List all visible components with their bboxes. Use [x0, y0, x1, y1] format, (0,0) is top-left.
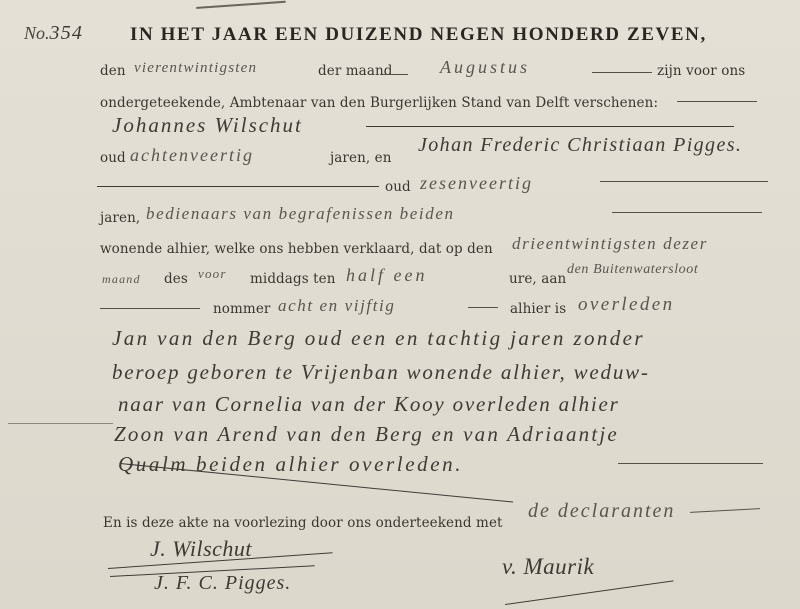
ink-stroke-top [196, 1, 286, 9]
handwritten-body-line-2: beroep geboren te Vrijenban wonende alhi… [112, 360, 650, 385]
text-wonende-alhier: wonende alhier, welke ons hebben verklaa… [100, 241, 493, 257]
handwritten-day: vierentwintigsten [134, 60, 257, 77]
text-des: des [164, 271, 188, 287]
text-middags-ten: middags ten [250, 271, 336, 287]
handwritten-de-declaranten: de declaranten [528, 500, 675, 523]
signature-underline [505, 580, 674, 605]
number-label: No. [24, 23, 50, 43]
record-number: No.354 [24, 22, 83, 45]
text-alhier-is: alhier is [510, 301, 566, 317]
handwritten-overleden: overleden [578, 294, 675, 316]
text-jaren-en: jaren, en [330, 150, 392, 166]
handwritten-hour: half een [346, 265, 427, 286]
handwritten-occupation: bedienaars van begrafenissen beiden [146, 204, 455, 224]
text-oud: oud [100, 150, 126, 166]
text-ondergeteekende: ondergeteekende, Ambtenaar van den Burge… [100, 95, 658, 111]
fill-line [97, 186, 379, 187]
fill-line [690, 508, 760, 513]
handwritten-maand: maand [102, 272, 141, 287]
handwritten-house-number: acht en vijftig [278, 296, 395, 316]
fill-line [612, 212, 762, 213]
text-zijn-voor-ons: zijn voor ons [657, 63, 745, 79]
fill-line [366, 126, 734, 127]
fill-line [600, 181, 768, 182]
number-value: 354 [50, 22, 84, 44]
handwritten-body-line-1: Jan van den Berg oud een en tachtig jare… [112, 326, 645, 351]
handwritten-month: Augustus [440, 57, 530, 78]
text-ure-aan: ure, aan [509, 271, 566, 287]
handwritten-body-line-3: naar van Cornelia van der Kooy overleden… [118, 392, 620, 417]
document-page: No.354 IN HET JAAR EEN DUIZEND NEGEN HON… [0, 0, 800, 609]
handwritten-declarant1: Johannes Wilschut [112, 113, 303, 138]
signature-declarant2: J. F. C. Pigges. [154, 572, 291, 595]
faint-line [8, 423, 113, 424]
handwritten-body-line-4: Zoon van Arend van den Berg en van Adria… [114, 422, 619, 447]
text-den: den [100, 63, 126, 79]
fill-line [382, 74, 408, 75]
text-jaren: jaren, [100, 210, 140, 226]
fill-line [677, 101, 757, 102]
text-oud-2: oud [385, 179, 411, 195]
page-heading: IN HET JAAR EEN DUIZEND NEGEN HONDERD ZE… [130, 24, 707, 46]
handwritten-street: den Buitenwatersloot [567, 262, 698, 278]
handwritten-age2: zesenveertig [420, 173, 533, 194]
fill-line [100, 308, 200, 309]
text-closing: En is deze akte na voorlezing door ons o… [103, 515, 503, 531]
fill-line [618, 463, 763, 464]
fill-line [468, 307, 498, 308]
handwritten-age1: achtenveertig [130, 145, 254, 166]
handwritten-declarant2: Johan Frederic Christiaan Pigges. [418, 134, 742, 157]
fill-line [592, 72, 652, 73]
handwritten-body-line-5: Qualm beiden alhier overleden. [118, 452, 463, 477]
handwritten-voor: voor [198, 266, 227, 282]
signature-official: v. Maurik [502, 554, 594, 580]
text-nommer: nommer [213, 301, 270, 317]
handwritten-date-death: drieentwintigsten dezer [512, 234, 708, 254]
text-der-maand: der maand [318, 63, 393, 79]
